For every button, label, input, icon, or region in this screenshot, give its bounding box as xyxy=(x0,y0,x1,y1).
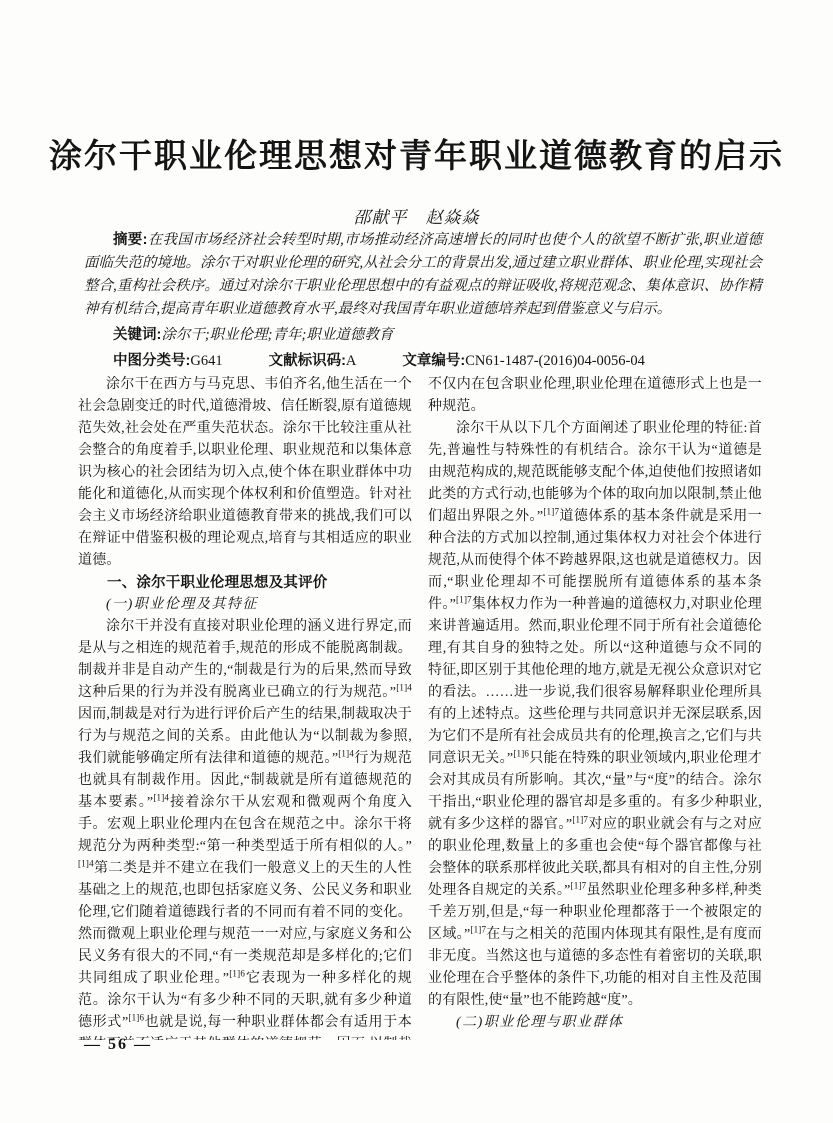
article-no-label: 文章编号: xyxy=(402,353,465,369)
citation-ref: [1]7 xyxy=(470,924,486,934)
abstract: 摘要:在我国市场经济社会转型时期,市场推动经济高速增长的同时也使个人的欲望不断扩… xyxy=(84,229,762,321)
citation-ref: [1]6 xyxy=(229,968,245,978)
keywords-line: 关键词:涂尔干;职业伦理;青年;职业道德教育 xyxy=(84,324,762,346)
paragraph: 涂尔干并没有直接对职业伦理的涵义进行界定,而是从与之相连的规范着手,规范的形成不… xyxy=(78,616,412,1040)
page-number: — 56 — xyxy=(84,1036,152,1054)
paragraph: 不仅内在包含职业伦理,职业伦理在道德形式上也是一种规范。 xyxy=(428,374,762,418)
abstract-label: 摘要: xyxy=(113,232,147,248)
keywords-label: 关键词: xyxy=(113,327,161,343)
subsection-heading: (二)职业伦理与职业群体 xyxy=(428,1012,762,1034)
citation-ref: [1]6 xyxy=(513,748,529,758)
article-no-value: CN61-1487-(2016)04-0056-04 xyxy=(465,353,645,369)
paper-page: 涂尔干职业伦理思想对青年职业道德教育的启示 邵献平 赵焱焱 摘要:在我国市场经济… xyxy=(0,0,833,1123)
clc-label: 中图分类号: xyxy=(113,353,190,369)
citation-ref: [1]7 xyxy=(572,814,588,824)
subsection-heading: (一)职业伦理及其特征 xyxy=(78,594,412,616)
citation-ref: [1]7 xyxy=(456,594,472,604)
clc-item: 中图分类号:G641 xyxy=(113,353,223,369)
citation-ref: [1]4 xyxy=(78,858,94,868)
classification-line: 中图分类号:G641文献标识码:A文章编号:CN61-1487-(2016)04… xyxy=(84,350,762,372)
doc-code-item: 文献标识码:A xyxy=(269,353,357,369)
article-title: 涂尔干职业伦理思想对青年职业道德教育的启示 xyxy=(0,130,833,177)
clc-value: G641 xyxy=(190,353,222,369)
section-heading: 一、涂尔干职业伦理思想及其评价 xyxy=(78,572,412,594)
doc-code-value: A xyxy=(346,353,356,369)
paragraph: 涂尔干在西方与马克思、韦伯齐名,他生活在一个社会急剧变迁的时代,道德滑坡、信任断… xyxy=(78,374,412,572)
citation-ref: [1]4 xyxy=(396,682,412,692)
authors: 邵献平 赵焱焱 xyxy=(0,203,833,228)
citation-ref: [1]4 xyxy=(153,792,169,802)
paragraph: 涂尔干从以下几个方面阐述了职业伦理的特征:首先,普遍性与特殊性的有机结合。涂尔干… xyxy=(428,418,762,1012)
abstract-text: 在我国市场经济社会转型时期,市场推动经济高速增长的同时也使个人的欲望不断扩张,职… xyxy=(84,232,762,317)
doc-code-label: 文献标识码: xyxy=(269,353,346,369)
citation-ref: [1]7 xyxy=(571,880,587,890)
citation-ref: [1]7 xyxy=(543,506,559,516)
citation-ref: [1]4 xyxy=(338,748,354,758)
body-columns: 涂尔干在西方与马克思、韦伯齐名,他生活在一个社会急剧变迁的时代,道德滑坡、信任断… xyxy=(78,374,762,1040)
article-no-item: 文章编号:CN61-1487-(2016)04-0056-04 xyxy=(402,353,644,369)
right-column: 不仅内在包含职业伦理,职业伦理在道德形式上也是一种规范。涂尔干从以下几个方面阐述… xyxy=(428,374,762,1040)
citation-ref: [1]6 xyxy=(128,1012,144,1022)
left-column: 涂尔干在西方与马克思、韦伯齐名,他生活在一个社会急剧变迁的时代,道德滑坡、信任断… xyxy=(78,374,412,1040)
front-matter: 摘要:在我国市场经济社会转型时期,市场推动经济高速增长的同时也使个人的欲望不断扩… xyxy=(84,229,762,372)
keywords-text: 涂尔干;职业伦理;青年;职业道德教育 xyxy=(161,327,393,343)
